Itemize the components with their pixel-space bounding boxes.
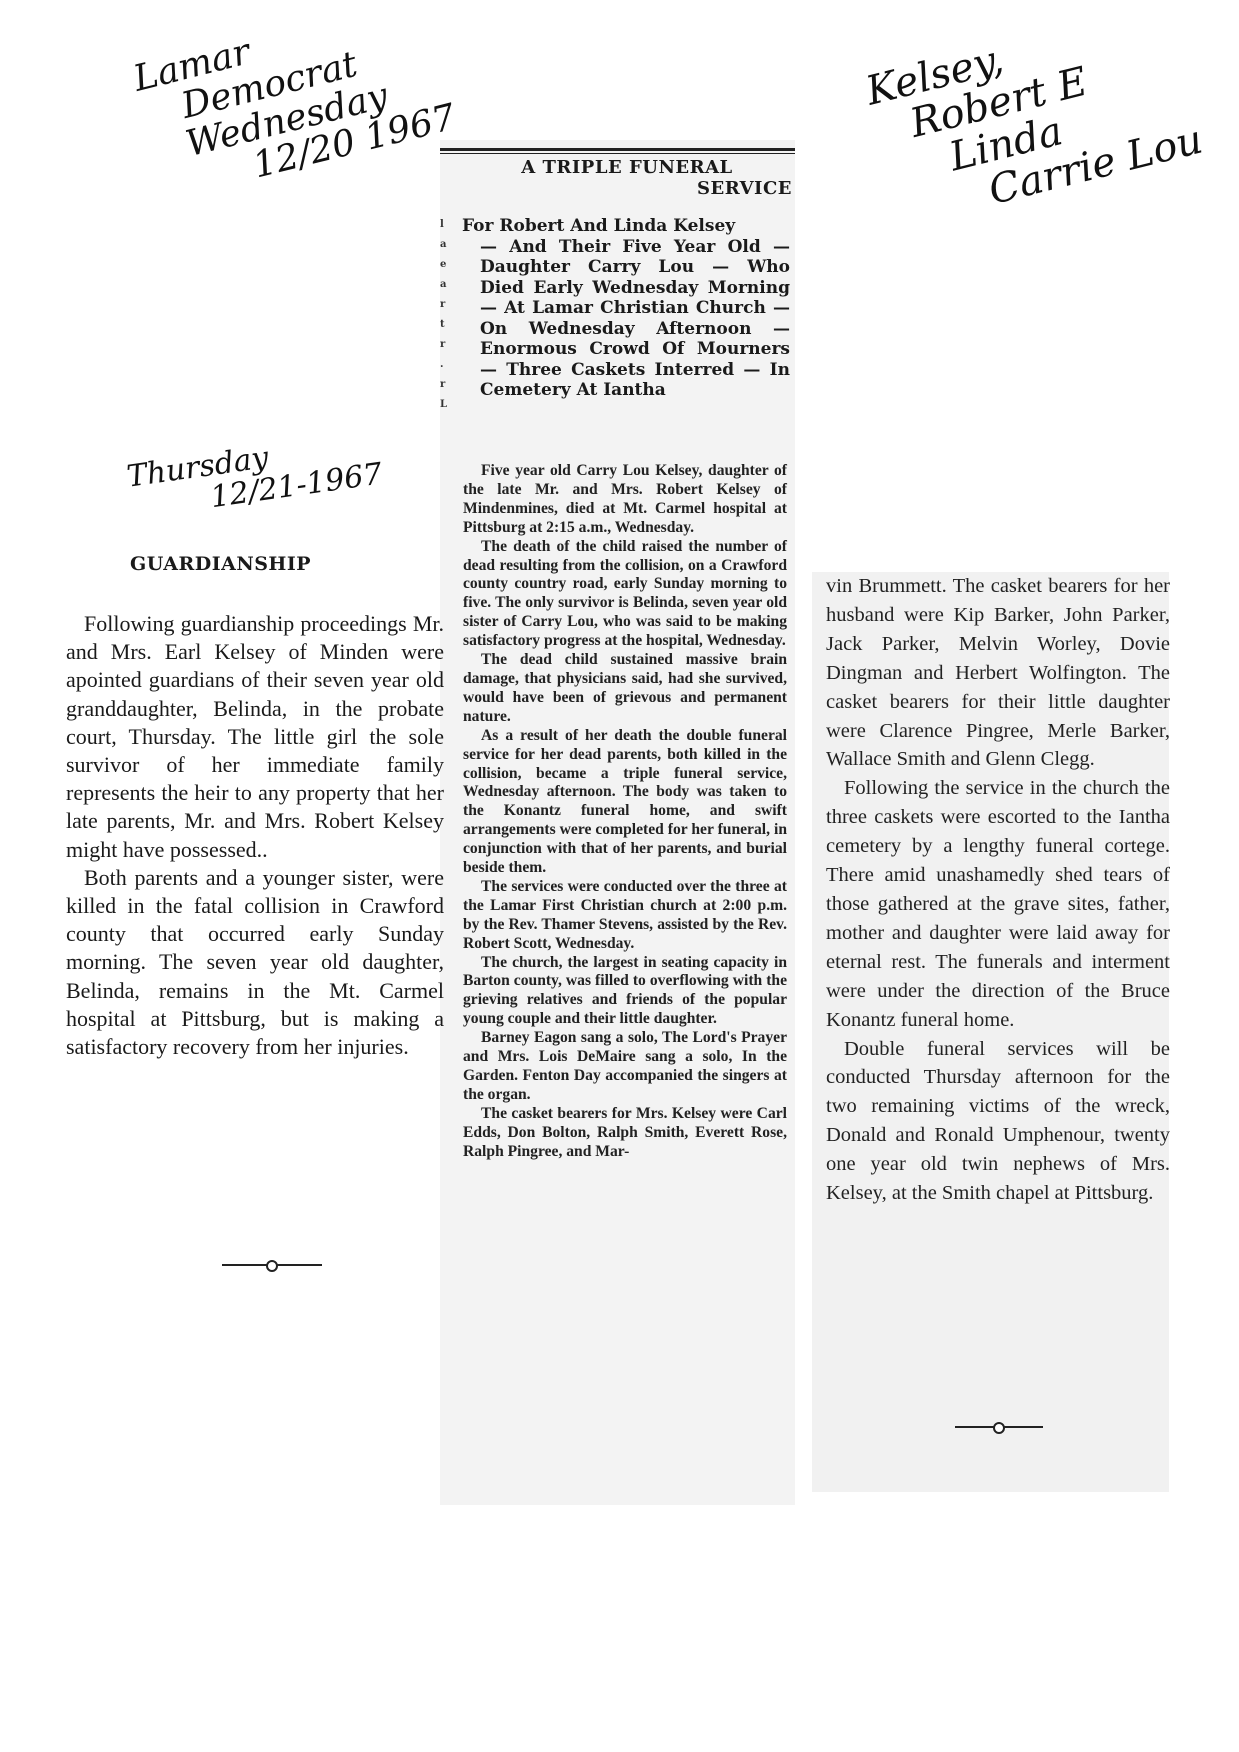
margin-marks: l a e a r t r . r L: [440, 215, 450, 415]
paragraph: Barney Eagon sang a solo, The Lord's Pra…: [463, 1029, 787, 1105]
article-subheadline: For Robert And Linda Kelsey — And Their …: [462, 216, 790, 401]
article-headline: A TRIPLE FUNERAL SERVICE: [462, 157, 792, 199]
paragraph: The services were conducted over the thr…: [463, 878, 787, 954]
funeral-body: Five year old Carry Lou Kelsey, daughter…: [463, 462, 787, 1162]
paragraph: Following guardianship proceedings Mr. a…: [66, 610, 444, 864]
paragraph: vin Brummett. The casket bearers for her…: [826, 572, 1170, 774]
paragraph: The casket bearers for Mrs. Kelsey were …: [463, 1105, 787, 1162]
subhead-rest: — And Their Five Year Old — Daughter Car…: [462, 237, 790, 401]
rule-with-circle-icon: [955, 1421, 1043, 1433]
handwritten-note-date: Thursday 12/21-1967: [125, 427, 384, 525]
headline-line: A TRIPLE FUNERAL: [462, 157, 792, 178]
paragraph: Five year old Carry Lou Kelsey, daughter…: [463, 462, 787, 538]
handwritten-note-source: Lamar Democrat Wednesday 12/20 1967: [130, 0, 459, 209]
paragraph: As a result of her death the double fune…: [463, 727, 787, 878]
paragraph: The dead child sustained massive brain d…: [463, 651, 787, 727]
paragraph: Both parents and a younger sister, were …: [66, 864, 444, 1061]
guardianship-body: Following guardianship proceedings Mr. a…: [66, 610, 444, 1061]
rule-with-circle-icon: [222, 1259, 322, 1271]
article-title: GUARDIANSHIP: [130, 553, 311, 575]
paragraph: Following the service in the church the …: [826, 774, 1170, 1034]
subhead-first-line: For Robert And Linda Kelsey: [462, 216, 790, 237]
funeral-continued-body: vin Brummett. The casket bearers for her…: [826, 572, 1170, 1208]
headline-line: SERVICE: [462, 178, 792, 199]
paragraph: Double funeral services will be conducte…: [826, 1035, 1170, 1208]
paragraph: The church, the largest in seating capac…: [463, 954, 787, 1030]
paragraph: The death of the child raised the number…: [463, 538, 787, 651]
handwritten-note-names: Kelsey, Robert E Linda Carrie Lou: [862, 0, 1207, 235]
